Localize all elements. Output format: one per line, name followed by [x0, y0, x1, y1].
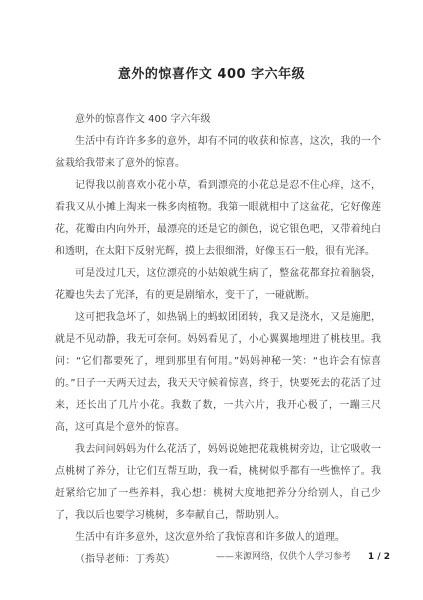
essay-paragraph: 生活中有许多意外，这次意外给了我惊喜和许多做人的道理。: [55, 527, 381, 549]
essay-subtitle: 意外的惊喜作文 400 字六年级: [55, 109, 381, 131]
document-page: 意外的惊喜作文 400 字六年级 意外的惊喜作文 400 字六年级 生活中有许许…: [0, 0, 423, 600]
essay-paragraph: 我去问问妈妈为什么花活了，妈妈说她把花栽桃树旁边，让它吸收一点桃树了养分，让它们…: [55, 439, 381, 527]
page-number-indicator: 1 / 2: [368, 552, 390, 562]
essay-title: 意外的惊喜作文 400 字六年级: [0, 63, 423, 82]
essay-paragraph: 这可把我急坏了，如热锅上的蚂蚁团团转，我又是浇水，又是施肥，就是不见动静，我无可…: [55, 307, 381, 439]
essay-paragraph: 记得我以前喜欢小花小草，看到漂亮的小花总是忍不住心痒，这不，看我又从小摊上淘来一…: [55, 175, 381, 263]
footer-source-note: ——来源网络，仅供个人学习参考: [216, 552, 351, 562]
page-footer: ——来源网络，仅供个人学习参考 1 / 2: [216, 549, 390, 562]
essay-paragraph: 生活中有许许多多的意外，却有不同的收获和惊喜，这次，我的一个盆栽给我带来了意外的…: [55, 131, 381, 175]
essay-paragraph: 可是没过几天，这位漂亮的小姑娘就生病了，整盆花都耷拉着脑袋，花瓣也失去了光泽，有…: [55, 263, 381, 307]
essay-body: 意外的惊喜作文 400 字六年级 生活中有许许多多的意外，却有不同的收获和惊喜，…: [55, 109, 381, 571]
